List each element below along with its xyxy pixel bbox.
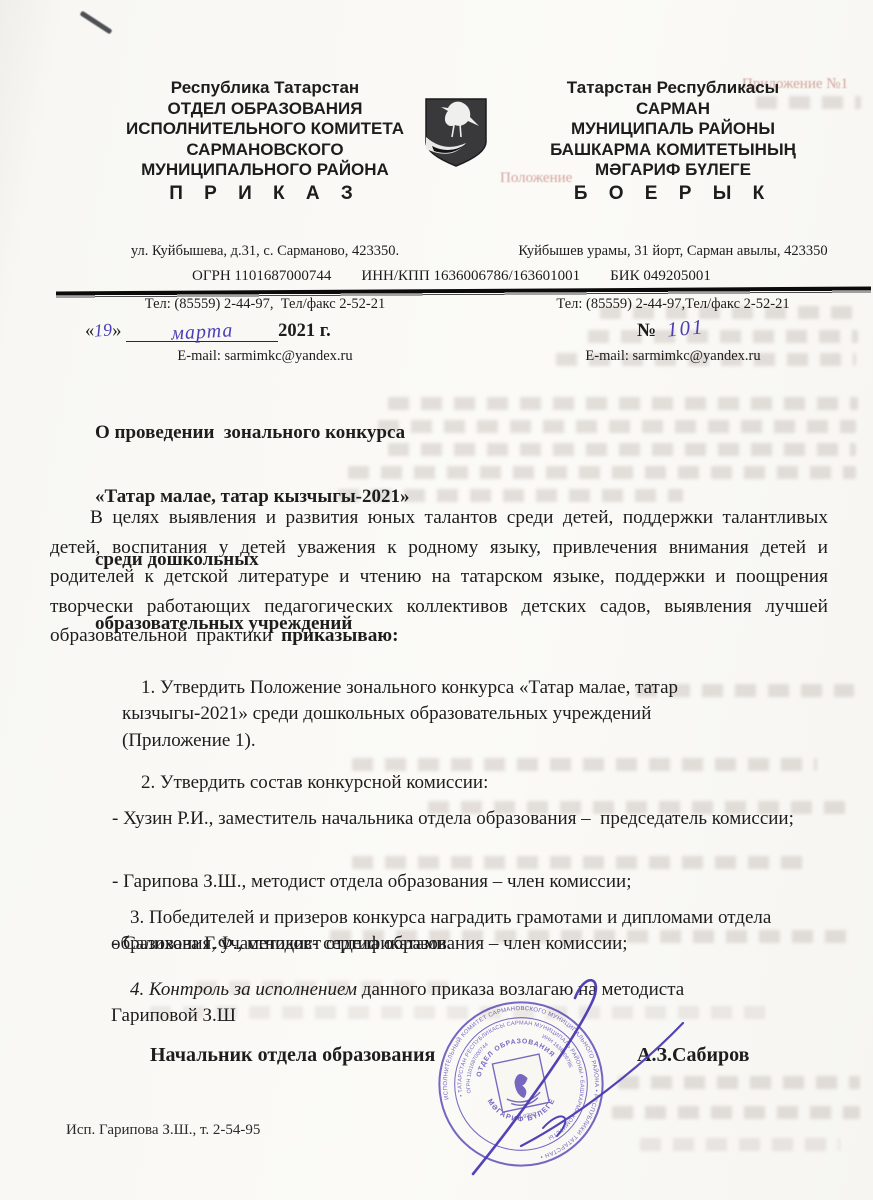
address-right: Куйбышев урамы, 31 йорт, Сарман авылы, 4…: [488, 208, 858, 401]
org-name-line: САРМАНОВСКОГО: [100, 140, 430, 161]
address-line: ул. Куйбышева, д.31, с. Сарманово, 42335…: [100, 243, 430, 261]
paragraph-text: В целях выявления и развития юных талант…: [50, 507, 828, 646]
commission-member: - Хузин Р.И., заместитель начальника отд…: [112, 806, 802, 833]
doc-type-tat: Б О Е Р Ы К: [488, 184, 858, 205]
month-underline: марта: [126, 318, 278, 342]
address-line: Тел: (85559) 2-44-97,Тел/факс 2-52-21: [488, 296, 858, 314]
address-line: Куйбышев урамы, 31 йорт, Сарман авылы, 4…: [488, 243, 858, 261]
org-name-line: ИСПОЛНИТЕЛЬНОГО КОМИТЕТА: [100, 119, 430, 140]
order-keyword: приказываю:: [281, 625, 398, 646]
inn-kpp-value: ИНН/КПП 1636006786/163601001: [361, 268, 580, 285]
org-name-line: МӘГАРИФ БҮЛЕГЕ: [488, 160, 858, 181]
doc-type-ru: П Р И К А З: [100, 184, 430, 205]
org-name-line: САРМАН: [488, 99, 858, 120]
org-name-line: БАШКАРМА КОМИТЕТЫНЫҢ: [488, 140, 858, 161]
quote-close: »: [112, 321, 121, 341]
item-text-italic: Контроль за исполнением: [144, 979, 357, 1000]
org-name-line: ОТДЕЛ ОБРАЗОВАНИЯ: [100, 99, 430, 120]
executor-line: Исп. Гарипова З.Ш., т. 2-54-95: [66, 1122, 260, 1139]
address-line: Тел: (85559) 2-44-97, Тел/факс 2-52-21: [100, 296, 430, 314]
scanned-order-document: Приложение №1 Положение Республика Татар…: [0, 0, 873, 1200]
scan-corner-mark: [80, 11, 113, 35]
signature-title: Начальник отдела образования: [150, 1044, 435, 1067]
month-value: марта: [171, 319, 234, 345]
bik-value: БИК 049205001: [610, 268, 711, 285]
signature-stroke: [425, 968, 695, 1193]
org-name-line: Татарстан Республикасы: [488, 78, 858, 99]
org-name-line: МУНИЦИПАЛЬ РАЙОНЫ: [488, 119, 858, 140]
day-value: 19: [94, 319, 113, 341]
item-text: Утвердить Положение зонального конкурса …: [122, 677, 683, 751]
year-label: 2021 г.: [278, 321, 331, 341]
coat-of-arms: [422, 97, 490, 169]
org-name-line: МУНИЦИПАЛЬНОГО РАЙОНА: [100, 160, 430, 181]
item-text: Победителей и призеров конкурса наградит…: [111, 907, 776, 955]
item-number: 3.: [130, 907, 144, 928]
item-number: 1.: [141, 677, 155, 698]
date-line: «19» марта2021 г. № 101: [85, 318, 845, 354]
address-left: ул. Куйбышева, д.31, с. Сарманово, 42335…: [100, 208, 430, 401]
registry-line: ОГРН 1101687000744 ИНН/КПП 1636006786/16…: [192, 268, 711, 285]
body-paragraph: В целях выявления и развития юных талант…: [50, 503, 828, 651]
subject-line: О проведении зонального конкурса: [95, 419, 525, 447]
ogrn-value: ОГРН 1101687000744: [192, 268, 331, 285]
number-label: №: [637, 320, 656, 342]
number-value: 101: [666, 314, 706, 342]
item-number: 4.: [130, 979, 144, 1000]
org-name-line: Республика Татарстан: [100, 78, 430, 99]
